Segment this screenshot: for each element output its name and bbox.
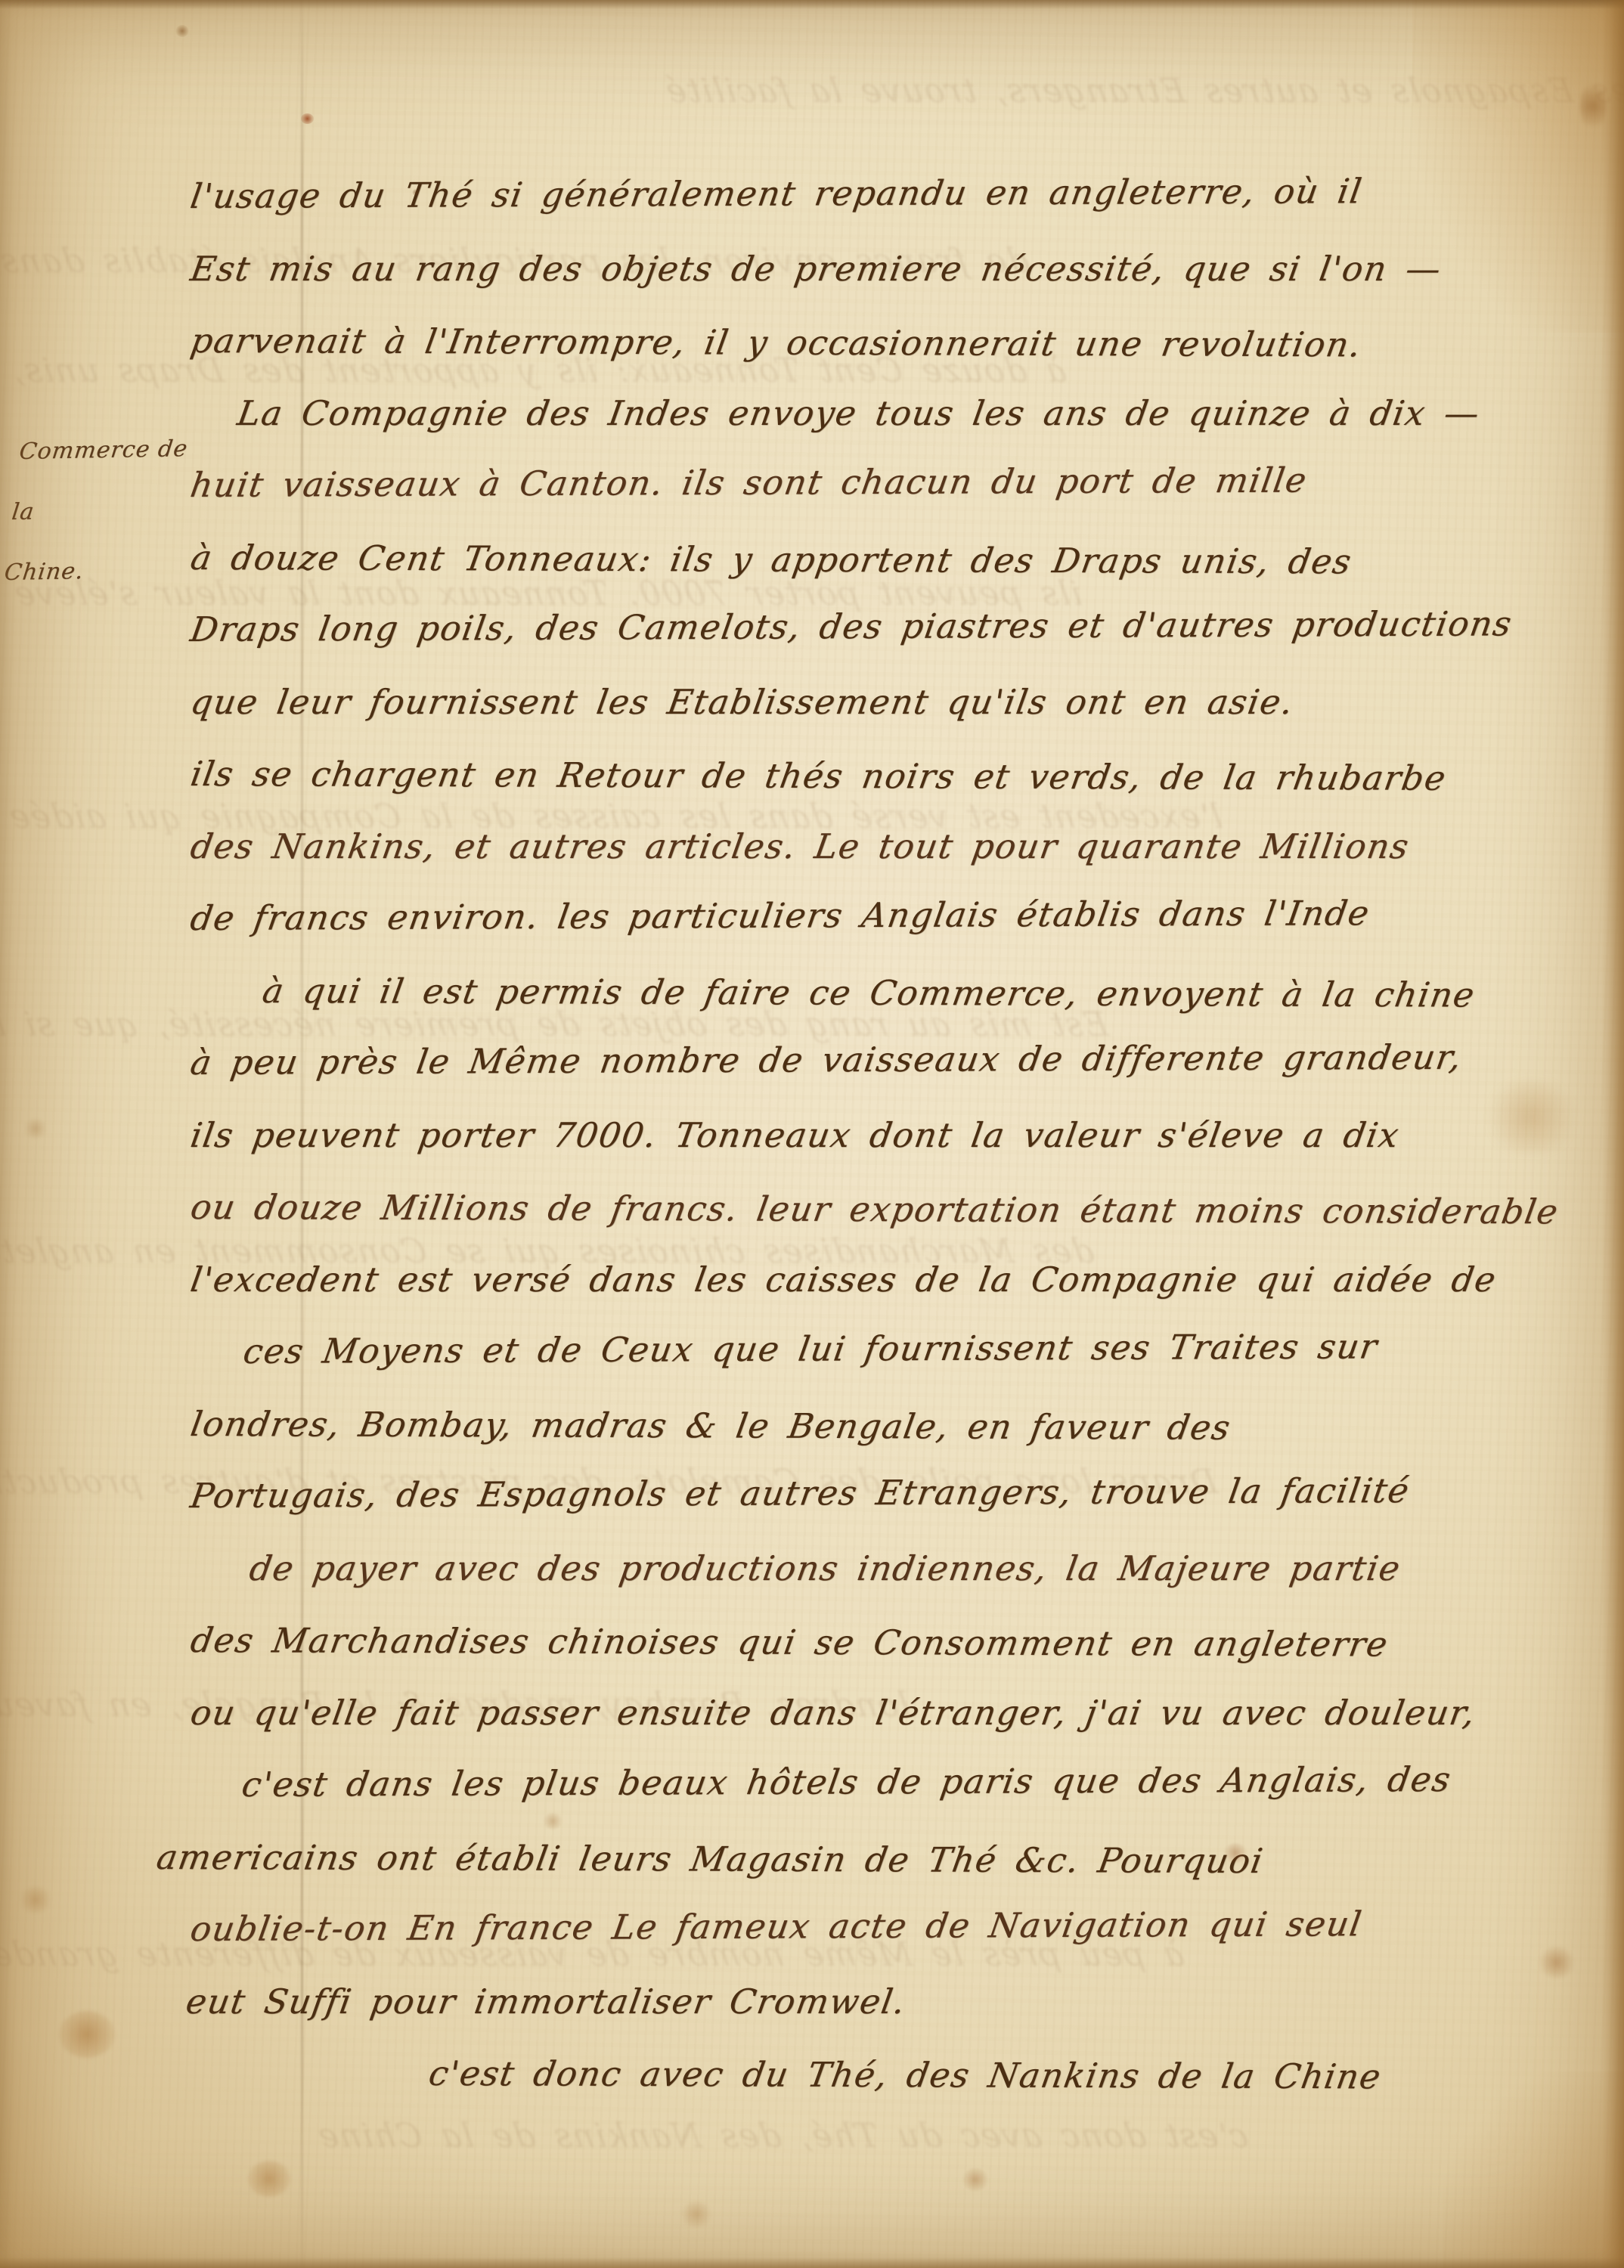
foxing-stain [175,25,189,37]
manuscript-line: londres, Bombay, madras & le Bengale, en… [185,1388,1617,1465]
manuscript-line: des Marchandises chinoises qui se Consom… [185,1604,1617,1681]
manuscript-line: à qui il est permis de faire ce Commerce… [257,955,1617,1032]
ink-bleedthrough: Portugais, des Espagnols et autres Etran… [662,72,1624,110]
ink-bleedthrough: c'est donc avec du Thé, des Nankins de l… [315,2117,1251,2155]
manuscript-line: c'est dans les plus beaux hôtels de pari… [237,1743,1619,1820]
foxing-stain [59,2011,115,2058]
manuscript-line: à douze Cent Tonneaux: ils y apportent d… [185,522,1617,599]
margin-note-line: Chine. [1,540,182,603]
manuscript-line: ou qu'elle fait passer ensuite dans l'ét… [185,1677,1618,1749]
manuscript-line: La Compagnie des Indes envoye tous les a… [232,377,1618,450]
manuscript-line: l'excedent est versé dans les caisses de… [185,1244,1618,1316]
foxing-stain [24,1119,47,1139]
manuscript-line: c'est donc avec du Thé, des Nankins de l… [423,2037,1618,2114]
foxing-stain [248,2161,290,2197]
foxing-stain [680,2201,712,2227]
manuscript-line: de francs environ. les particuliers Angl… [185,876,1619,955]
manuscript-line: huit vaisseaux à Canton. ils sont chacun… [185,443,1619,522]
manuscript-line: ces Moyens et de Ceux que lui fournissen… [238,1309,1619,1387]
manuscript-line: oublie-t-on En france Le fameux acte de … [185,1887,1619,1966]
manuscript-line: que leur fournissent les Etablissement q… [185,666,1618,739]
manuscript-line: ou douze Millions de francs. leur export… [185,1171,1617,1248]
manuscript-line: Portugais, des Espagnols et autres Etran… [185,1454,1619,1532]
manuscript-page: de francs environ. les particuliers Angl… [0,0,1624,2268]
page-edge [0,2257,1624,2268]
margin-note-line: Commerce de la [8,419,197,543]
manuscript-line: des Nankins, et autres articles. Le tout… [185,810,1618,883]
foxing-stain [962,2168,989,2191]
margin-note-commerce-de-la-chine: Commerce de la Chine. [1,419,197,603]
manuscript-line: Est mis au rang des objets de premiere n… [185,233,1618,305]
manuscript-line: ils peuvent porter 7000. Tonneaux dont l… [185,1099,1618,1172]
manuscript-body: l'usage du Thé si généralement repandu e… [185,160,1607,2110]
manuscript-line: Draps long poils, des Camelots, des pias… [185,587,1619,666]
foxing-stain [20,1886,51,1913]
page-edge [1601,0,1624,2268]
manuscript-line: ils se chargent en Retour de thés noirs … [185,738,1617,815]
manuscript-line: à peu près le Même nombre de vaisseaux d… [185,1021,1619,1099]
manuscript-line: parvenait à l'Interrompre, il y occasion… [185,305,1617,382]
manuscript-line: de payer avec des productions indiennes,… [244,1532,1618,1605]
manuscript-line: americains ont établi leurs Magasin de T… [151,1821,1617,1898]
page-edge [0,0,1624,9]
foxing-stain [301,113,314,124]
manuscript-line: eut Suffi pour immortaliser Cromwel. [181,1966,1618,2038]
manuscript-line: l'usage du Thé si généralement repandu e… [185,154,1619,233]
